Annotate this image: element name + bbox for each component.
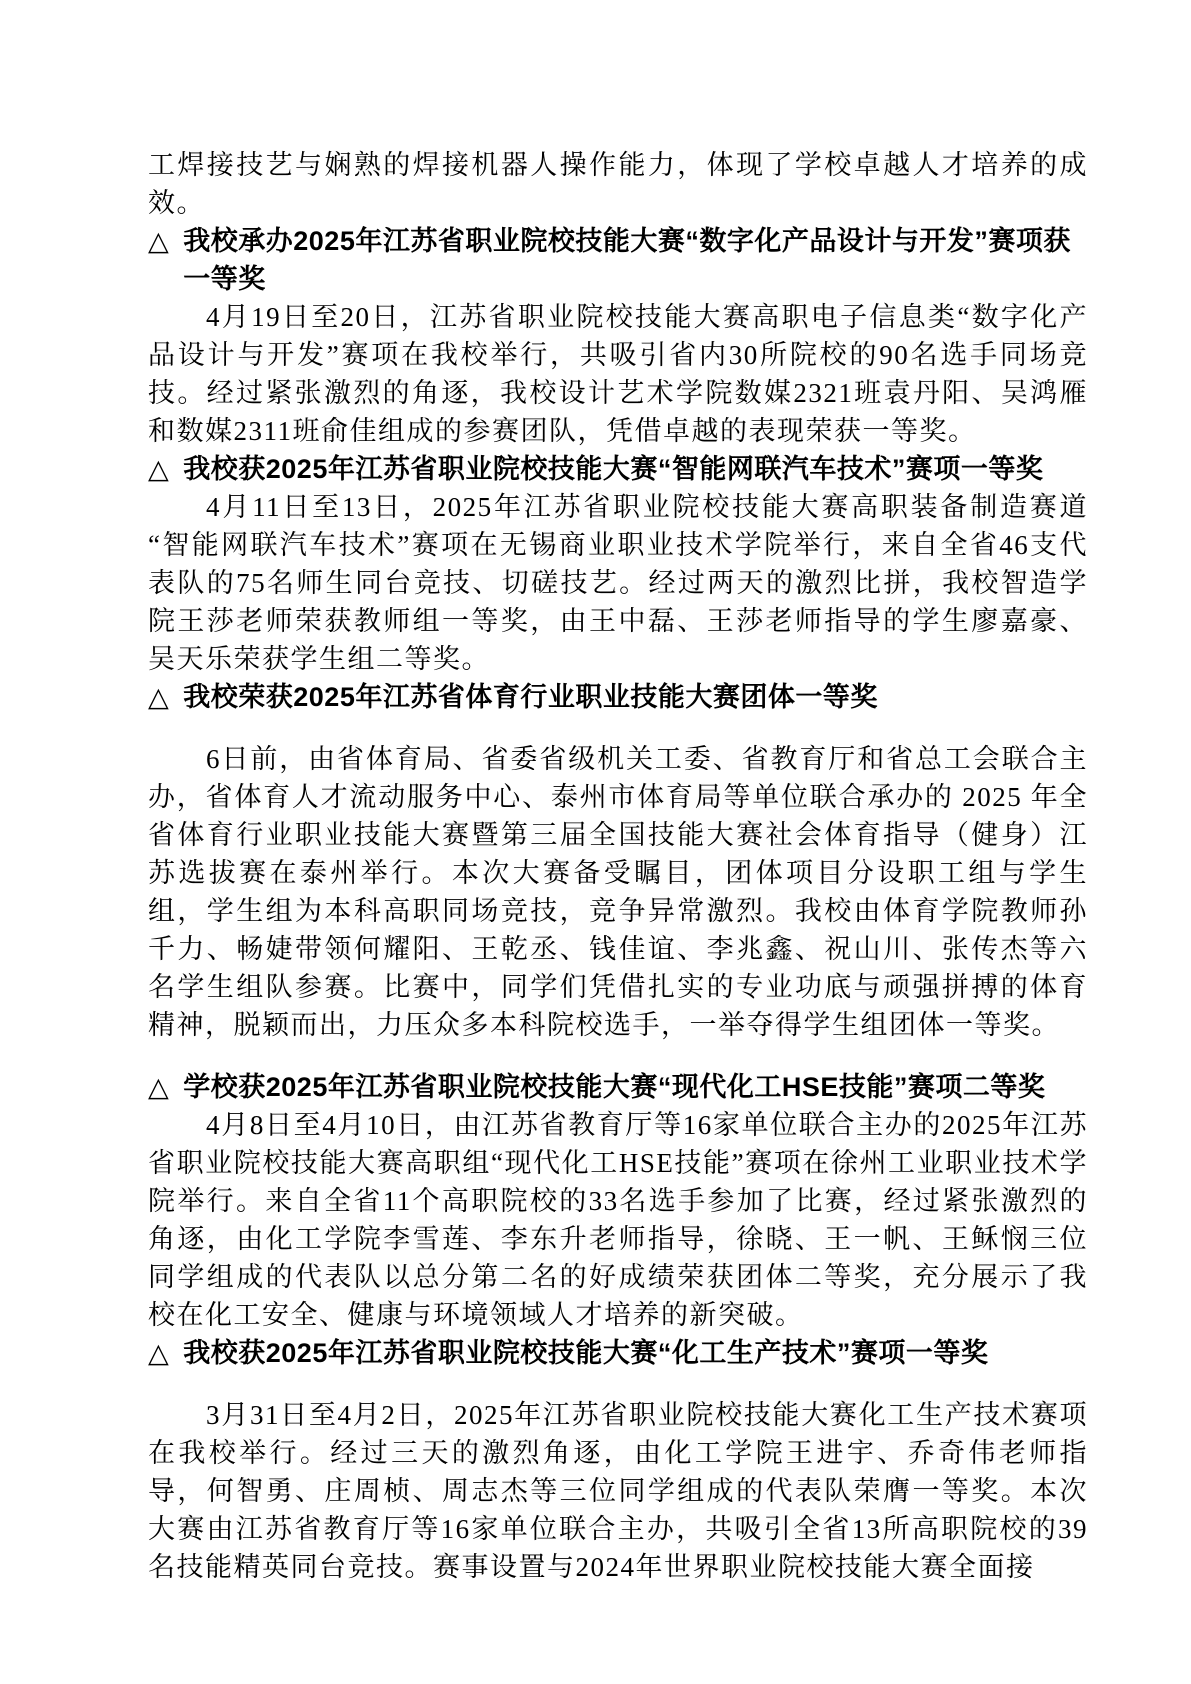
section-heading-label: 我校承办2025年江苏省职业院校技能大赛“数字化产品设计与开发”赛项获一等奖: [183, 222, 1088, 298]
paragraph-modern-chemical-hse: 4月8日至4月10日，由江苏省教育厅等16家单位联合主办的2025年江苏省职业院…: [148, 1106, 1088, 1334]
section-heading-label: 学校获2025年江苏省职业院校技能大赛“现代化工HSE技能”赛项二等奖: [183, 1068, 1088, 1106]
section-heading-intelligent-connected-vehicle: △ 我校获2025年江苏省职业院校技能大赛“智能网联汽车技术”赛项一等奖: [148, 450, 1088, 488]
paragraph-digital-product-design: 4月19日至20日，江苏省职业院校技能大赛高职电子信息类“数字化产品设计与开发”…: [148, 298, 1088, 450]
section-heading-label: 我校荣获2025年江苏省体育行业职业技能大赛团体一等奖: [183, 678, 1088, 716]
triangle-bullet-icon: △: [148, 1068, 169, 1106]
blank-line: [148, 1372, 1088, 1396]
document-content: 工焊接技艺与娴熟的焊接机器人操作能力，体现了学校卓越人才培养的成效。 △ 我校承…: [148, 146, 1088, 1586]
triangle-bullet-icon: △: [148, 222, 169, 260]
blank-line: [148, 1044, 1088, 1068]
paragraph-chemical-production-tech: 3月31日至4月2日，2025年江苏省职业院校技能大赛化工生产技术赛项在我校举行…: [148, 1396, 1088, 1586]
paragraph-sports-industry: 6日前，由省体育局、省委省级机关工委、省教育厅和省总工会联合主办，省体育人才流动…: [148, 740, 1088, 1044]
section-heading-label: 我校获2025年江苏省职业院校技能大赛“智能网联汽车技术”赛项一等奖: [183, 450, 1088, 488]
blank-line: [148, 716, 1088, 740]
triangle-bullet-icon: △: [148, 450, 169, 488]
paragraph-continuation-welding: 工焊接技艺与娴熟的焊接机器人操作能力，体现了学校卓越人才培养的成效。: [148, 146, 1088, 222]
section-heading-chemical-production-tech: △ 我校获2025年江苏省职业院校技能大赛“化工生产技术”赛项一等奖: [148, 1334, 1088, 1372]
section-heading-digital-product-design: △ 我校承办2025年江苏省职业院校技能大赛“数字化产品设计与开发”赛项获一等奖: [148, 222, 1088, 298]
triangle-bullet-icon: △: [148, 1334, 169, 1372]
section-heading-label: 我校获2025年江苏省职业院校技能大赛“化工生产技术”赛项一等奖: [183, 1334, 1088, 1372]
section-heading-modern-chemical-hse: △ 学校获2025年江苏省职业院校技能大赛“现代化工HSE技能”赛项二等奖: [148, 1068, 1088, 1106]
document-page: 工焊接技艺与娴熟的焊接机器人操作能力，体现了学校卓越人才培养的成效。 △ 我校承…: [0, 0, 1191, 1684]
triangle-bullet-icon: △: [148, 678, 169, 716]
section-heading-sports-industry: △ 我校荣获2025年江苏省体育行业职业技能大赛团体一等奖: [148, 678, 1088, 716]
paragraph-intelligent-connected-vehicle: 4月11日至13日，2025年江苏省职业院校技能大赛高职装备制造赛道“智能网联汽…: [148, 488, 1088, 678]
